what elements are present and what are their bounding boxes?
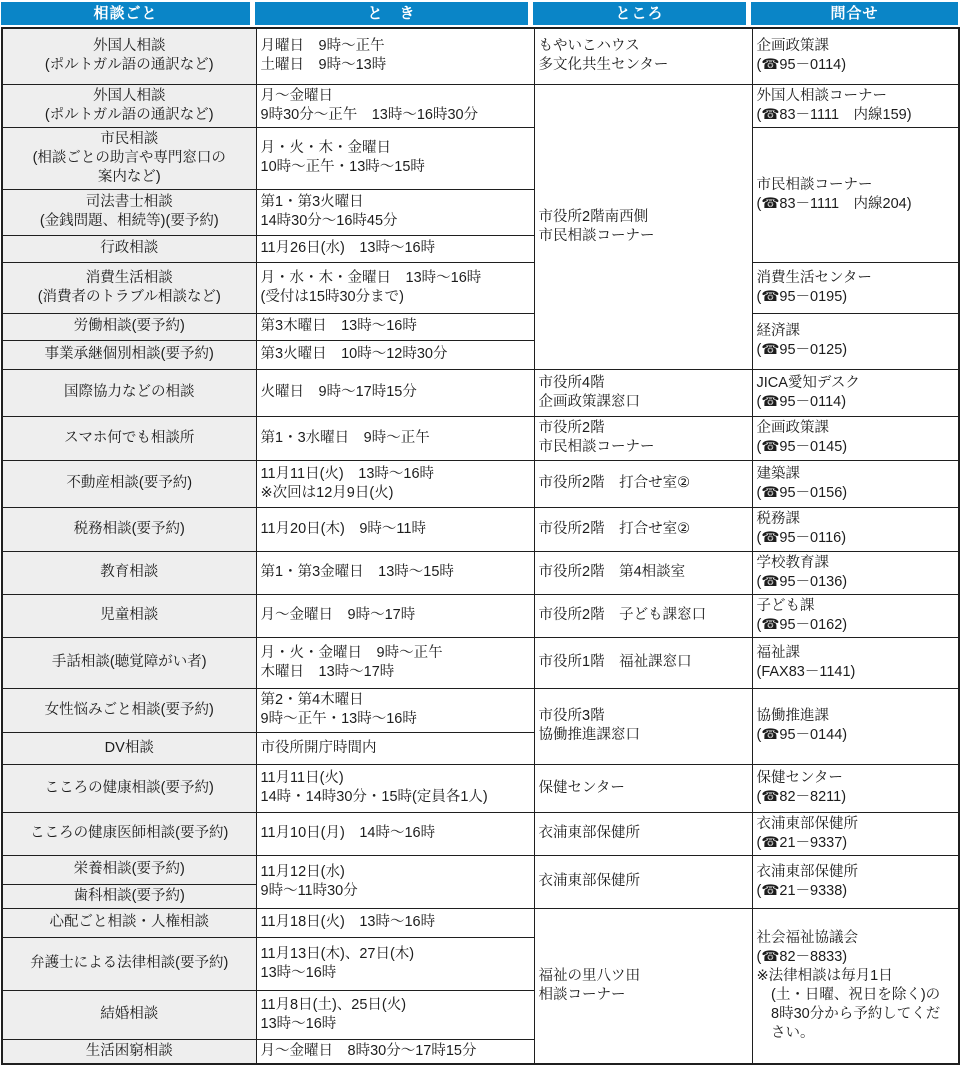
contact-cell: 企画政策課 (☎95－0145) xyxy=(752,416,959,460)
contact-cell: 建築課 (☎95－0156) xyxy=(752,460,959,507)
consultation-cell: 外国人相談 (ポルトガル語の通訳など) xyxy=(2,84,256,127)
time-cell: 月・火・木・金曜日 10時～正午・13時～15時 xyxy=(256,127,534,189)
consultation-cell: 外国人相談 (ポルトガル語の通訳など) xyxy=(2,28,256,84)
contact-cell: 企画政策課 (☎95－0114) xyxy=(752,28,959,84)
table-row: 女性悩みごと相談(要予約)第2・第4木曜日 9時～正午・13時～16時市役所3階… xyxy=(2,688,959,732)
consultation-cell: 生活困窮相談 xyxy=(2,1039,256,1064)
consultation-schedule-page: 相談ごとと きところ問合せ 外国人相談 (ポルトガル語の通訳など)月曜日 9時～… xyxy=(0,0,968,1067)
table-row: 外国人相談 (ポルトガル語の通訳など)月曜日 9時～正午 土曜日 9時～13時も… xyxy=(2,28,959,84)
consultation-cell: 不動産相談(要予約) xyxy=(2,460,256,507)
contact-cell: 外国人相談コーナー (☎83－1111 内線159) xyxy=(752,84,959,127)
column-header-place: ところ xyxy=(533,2,751,25)
table-row: 労働相談(要予約)第3木曜日 13時～16時経済課 (☎95－0125) xyxy=(2,313,959,340)
table-row: 教育相談第1・第3金曜日 13時～15時市役所2階 第4相談室学校教育課 (☎9… xyxy=(2,551,959,594)
contact-cell: 子ども課 (☎95－0162) xyxy=(752,594,959,637)
table-row: こころの健康相談(要予約)11月11日(火) 14時・14時30分・15時(定員… xyxy=(2,764,959,812)
contact-cell: 衣浦東部保健所 (☎21－9338) xyxy=(752,855,959,908)
consultation-cell: 教育相談 xyxy=(2,551,256,594)
column-header-contact: 問合せ xyxy=(751,2,958,25)
contact-cell: 経済課 (☎95－0125) xyxy=(752,313,959,369)
time-cell: 火曜日 9時～17時15分 xyxy=(256,369,534,416)
table-row: 栄養相談(要予約)11月12日(水) 9時～11時30分衣浦東部保健所衣浦東部保… xyxy=(2,855,959,884)
time-cell: 11月20日(木) 9時～11時 xyxy=(256,507,534,551)
contact-cell: 市民相談コーナー (☎83－1111 内線204) xyxy=(752,127,959,262)
table-row: 国際協力などの相談火曜日 9時～17時15分市役所4階 企画政策課窓口JICA愛… xyxy=(2,369,959,416)
table-row: 児童相談月～金曜日 9時～17時市役所2階 子ども課窓口子ども課 (☎95－01… xyxy=(2,594,959,637)
consultation-cell: 児童相談 xyxy=(2,594,256,637)
place-cell: 市役所2階 第4相談室 xyxy=(534,551,752,594)
time-cell: 月～金曜日 9時～17時 xyxy=(256,594,534,637)
consultation-cell: スマホ何でも相談所 xyxy=(2,416,256,460)
time-cell: 月・火・金曜日 9時～正午 木曜日 13時～17時 xyxy=(256,637,534,688)
table-row: こころの健康医師相談(要予約)11月10日(月) 14時～16時衣浦東部保健所衣… xyxy=(2,812,959,855)
time-cell: 第2・第4木曜日 9時～正午・13時～16時 xyxy=(256,688,534,732)
contact-cell: 学校教育課 (☎95－0136) xyxy=(752,551,959,594)
consultation-cell: 税務相談(要予約) xyxy=(2,507,256,551)
time-cell: 第3木曜日 13時～16時 xyxy=(256,313,534,340)
time-cell: 第1・第3金曜日 13時～15時 xyxy=(256,551,534,594)
consultation-cell: 事業承継個別相談(要予約) xyxy=(2,340,256,369)
place-cell: 市役所2階 子ども課窓口 xyxy=(534,594,752,637)
table-row: 手話相談(聴覚障がい者)月・火・金曜日 9時～正午 木曜日 13時～17時市役所… xyxy=(2,637,959,688)
table-row: 外国人相談 (ポルトガル語の通訳など)月～金曜日 9時30分～正午 13時～16… xyxy=(2,84,959,127)
column-header-consultation: 相談ごと xyxy=(1,2,255,25)
time-cell: 11月18日(火) 13時～16時 xyxy=(256,908,534,937)
place-cell: 福祉の里八ツ田 相談コーナー xyxy=(534,908,752,1064)
consultation-cell: DV相談 xyxy=(2,732,256,764)
contact-cell: 保健センター (☎82－8211) xyxy=(752,764,959,812)
table-row: 心配ごと相談・人権相談11月18日(火) 13時～16時福祉の里八ツ田 相談コー… xyxy=(2,908,959,937)
place-cell: 市役所2階南西側 市民相談コーナー xyxy=(534,84,752,369)
time-cell: 11月11日(火) 13時～16時 ※次回は12月9日(火) xyxy=(256,460,534,507)
consultation-cell: 女性悩みごと相談(要予約) xyxy=(2,688,256,732)
time-cell: 11月10日(月) 14時～16時 xyxy=(256,812,534,855)
consultation-cell: 国際協力などの相談 xyxy=(2,369,256,416)
column-header-time: と き xyxy=(255,2,533,25)
time-cell: 11月13日(木)、27日(木) 13時～16時 xyxy=(256,937,534,990)
contact-cell: 福祉課 (FAX83－1141) xyxy=(752,637,959,688)
consultation-cell: 司法書士相談 (金銭問題、相続等)(要予約) xyxy=(2,189,256,235)
consultation-table: 外国人相談 (ポルトガル語の通訳など)月曜日 9時～正午 土曜日 9時～13時も… xyxy=(1,27,960,1065)
time-cell: 11月11日(火) 14時・14時30分・15時(定員各1人) xyxy=(256,764,534,812)
consultation-cell: 弁護士による法律相談(要予約) xyxy=(2,937,256,990)
place-cell: 市役所2階 打合せ室② xyxy=(534,460,752,507)
time-cell: 第1・3水曜日 9時～正午 xyxy=(256,416,534,460)
time-cell: 市役所開庁時間内 xyxy=(256,732,534,764)
consultation-cell: 歯科相談(要予約) xyxy=(2,884,256,908)
contact-cell: 税務課 (☎95－0116) xyxy=(752,507,959,551)
contact-cell: 協働推進課 (☎95－0144) xyxy=(752,688,959,764)
place-cell: 衣浦東部保健所 xyxy=(534,855,752,908)
place-cell: 市役所3階 協働推進課窓口 xyxy=(534,688,752,764)
table-header: 相談ごとと きところ問合せ xyxy=(1,2,958,25)
consultation-cell: 心配ごと相談・人権相談 xyxy=(2,908,256,937)
place-cell: 市役所2階 市民相談コーナー xyxy=(534,416,752,460)
time-cell: 第1・第3火曜日 14時30分～16時45分 xyxy=(256,189,534,235)
contact-cell: 消費生活センター (☎95－0195) xyxy=(752,262,959,313)
time-cell: 月曜日 9時～正午 土曜日 9時～13時 xyxy=(256,28,534,84)
contact-cell: 衣浦東部保健所 (☎21－9337) xyxy=(752,812,959,855)
time-cell: 11月12日(水) 9時～11時30分 xyxy=(256,855,534,908)
consultation-cell: 栄養相談(要予約) xyxy=(2,855,256,884)
place-cell: 市役所4階 企画政策課窓口 xyxy=(534,369,752,416)
time-cell: 月～金曜日 8時30分～17時15分 xyxy=(256,1039,534,1064)
table-row: 税務相談(要予約)11月20日(木) 9時～11時市役所2階 打合せ室②税務課 … xyxy=(2,507,959,551)
contact-cell: 社会福祉協議会 (☎82－8833) ※法律相談は毎月1日 (土・日曜、祝日を除… xyxy=(752,908,959,1064)
time-cell: 月～金曜日 9時30分～正午 13時～16時30分 xyxy=(256,84,534,127)
time-cell: 第3火曜日 10時～12時30分 xyxy=(256,340,534,369)
time-cell: 11月8日(土)、25日(火) 13時～16時 xyxy=(256,990,534,1039)
time-cell: 月・水・木・金曜日 13時～16時 (受付は15時30分まで) xyxy=(256,262,534,313)
consultation-cell: 手話相談(聴覚障がい者) xyxy=(2,637,256,688)
consultation-cell: こころの健康相談(要予約) xyxy=(2,764,256,812)
table-row: スマホ何でも相談所第1・3水曜日 9時～正午市役所2階 市民相談コーナー企画政策… xyxy=(2,416,959,460)
table-row: 不動産相談(要予約)11月11日(火) 13時～16時 ※次回は12月9日(火)… xyxy=(2,460,959,507)
consultation-cell: 市民相談 (相談ごとの助言や専門窓口の 案内など) xyxy=(2,127,256,189)
table-row: 市民相談 (相談ごとの助言や専門窓口の 案内など)月・火・木・金曜日 10時～正… xyxy=(2,127,959,189)
place-cell: もやいこハウス 多文化共生センター xyxy=(534,28,752,84)
place-cell: 衣浦東部保健所 xyxy=(534,812,752,855)
consultation-cell: 行政相談 xyxy=(2,235,256,262)
time-cell: 11月26日(水) 13時～16時 xyxy=(256,235,534,262)
place-cell: 保健センター xyxy=(534,764,752,812)
place-cell: 市役所2階 打合せ室② xyxy=(534,507,752,551)
place-cell: 市役所1階 福祉課窓口 xyxy=(534,637,752,688)
consultation-cell: 労働相談(要予約) xyxy=(2,313,256,340)
table-row: 消費生活相談 (消費者のトラブル相談など)月・水・木・金曜日 13時～16時 (… xyxy=(2,262,959,313)
contact-cell: JICA愛知デスク (☎95－0114) xyxy=(752,369,959,416)
consultation-cell: 消費生活相談 (消費者のトラブル相談など) xyxy=(2,262,256,313)
consultation-cell: こころの健康医師相談(要予約) xyxy=(2,812,256,855)
consultation-cell: 結婚相談 xyxy=(2,990,256,1039)
